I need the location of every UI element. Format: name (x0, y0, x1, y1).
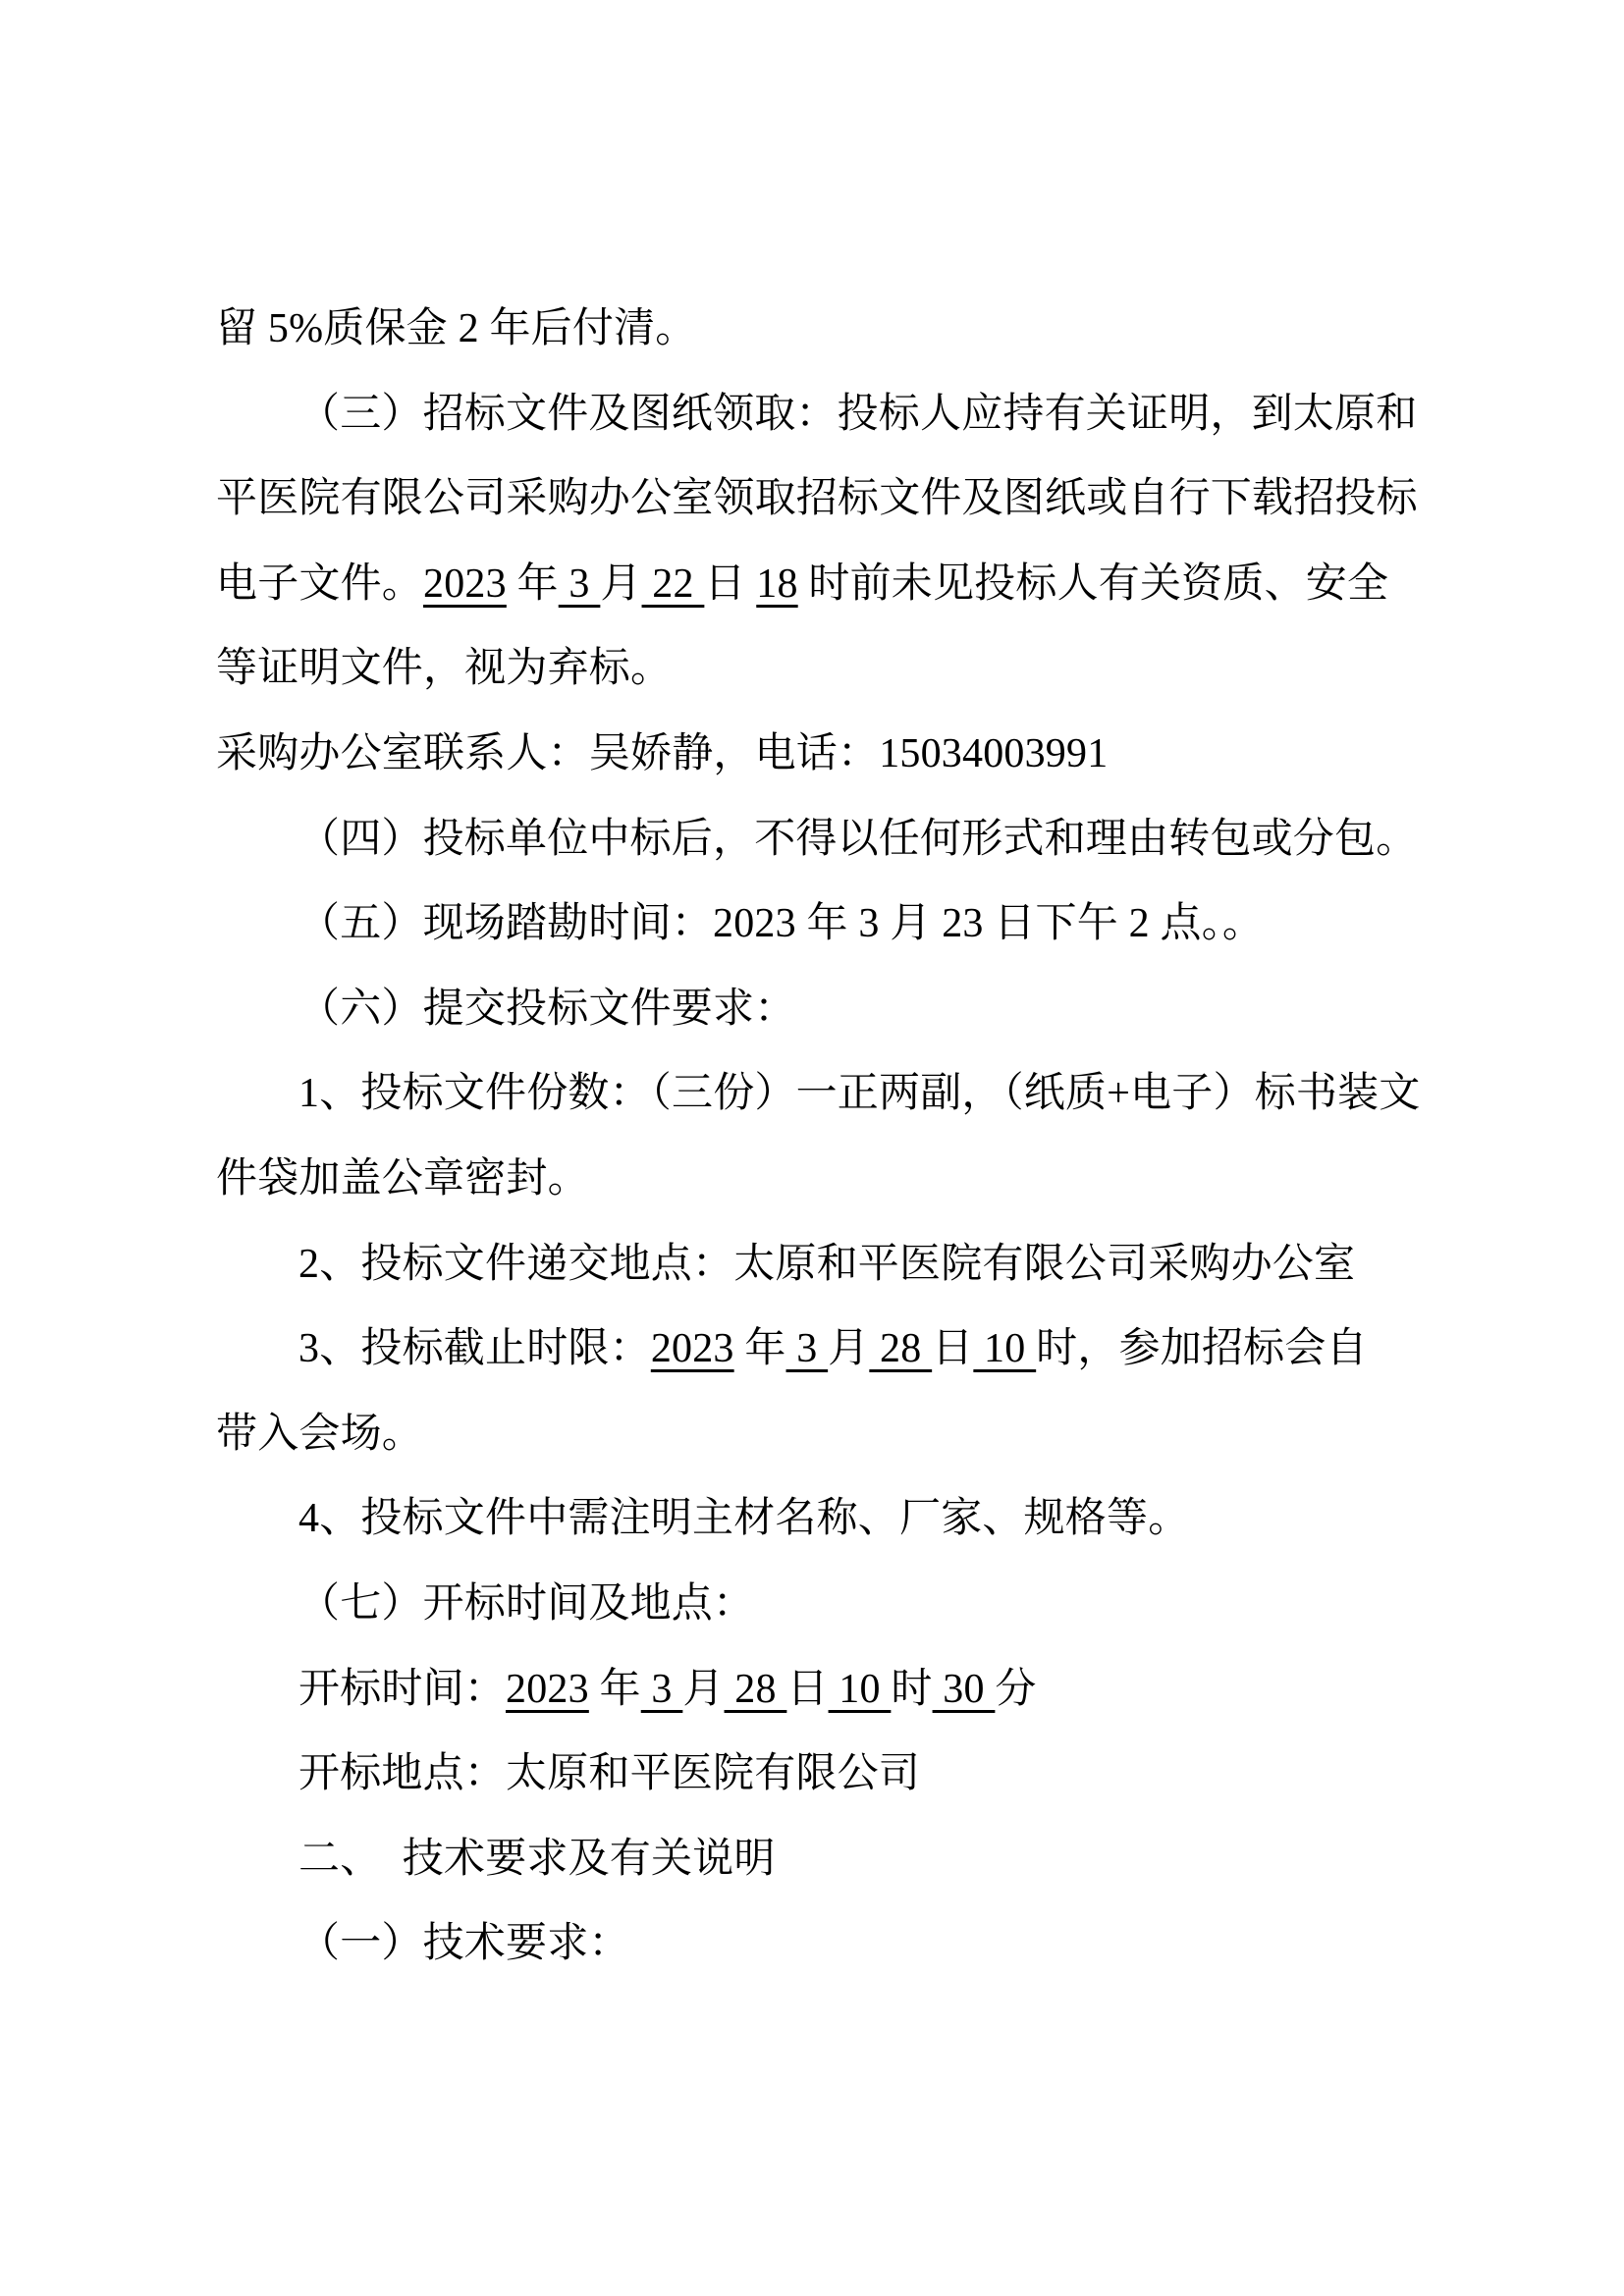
text-segment: 1、投标文件份数：（三份）一正两副，（纸质+电子）标书装文 (298, 1071, 1421, 1116)
text-segment: （四）投标单位中标后，不得以任何形式和理由转包或分包。 (298, 817, 1417, 862)
text-segment: 带入会场。 (216, 1412, 423, 1457)
text-line: （三）招标文件及图纸领取：投标人应持有关证明，到太原和 (298, 394, 1417, 435)
text-line: 1、投标文件份数：（三份）一正两副，（纸质+电子）标书装文 (298, 1073, 1421, 1114)
document-body: 留 5%质保金 2 年后付清。（三）招标文件及图纸领取：投标人应持有关证明，到太… (0, 0, 1624, 2296)
text-segment: （七）开标时间及地点： (298, 1581, 754, 1627)
underlined-text-segment: 30 (933, 1667, 996, 1712)
underlined-text-segment: 10 (829, 1667, 892, 1712)
text-segment: 开标地点：太原和平医院有限公司 (298, 1751, 920, 1796)
text-segment: 电子文件。 (216, 561, 423, 607)
text-line: 电子文件。2023 年 3 月 22 日 18 时前未见投标人有关资质、安全 (216, 563, 1388, 605)
text-line: 留 5%质保金 2 年后付清。 (216, 308, 697, 349)
underlined-text-segment: 2023 (423, 561, 507, 607)
text-segment: 等证明文件，视为弃标。 (216, 646, 672, 691)
underlined-text-segment: 10 (973, 1326, 1036, 1371)
text-line: 带入会场。 (216, 1414, 423, 1455)
text-segment: 日 (786, 1667, 828, 1712)
text-segment: 平医院有限公司采购办公室领取招标文件及图纸或自行下载招投标 (216, 476, 1418, 521)
text-line: 2、投标文件递交地点：太原和平医院有限公司采购办公室 (298, 1244, 1355, 1285)
text-line: （四）投标单位中标后，不得以任何形式和理由转包或分包。 (298, 819, 1417, 860)
underlined-text-segment: 2023 (506, 1667, 589, 1712)
underlined-text-segment: 2023 (651, 1326, 734, 1371)
text-line: 开标时间：2023 年 3 月 28 日 10 时 30 分 (298, 1669, 1037, 1710)
text-line: 开标地点：太原和平医院有限公司 (298, 1753, 920, 1794)
text-line: （一）技术要求： (298, 1923, 630, 1964)
text-segment: 月 (828, 1326, 869, 1371)
text-segment: 4、投标文件中需注明主材名称、厂家、规格等。 (298, 1496, 1189, 1541)
document-page: 留 5%质保金 2 年后付清。（三）招标文件及图纸领取：投标人应持有关证明，到太… (0, 0, 1624, 2296)
underlined-text-segment: 18 (756, 561, 797, 607)
underlined-text-segment: 3 (786, 1326, 829, 1371)
text-line: （五）现场踏勘时间：2023 年 3 月 23 日下午 2 点。。 (298, 903, 1264, 944)
text-segment: 年 (589, 1667, 641, 1712)
text-segment: （三）招标文件及图纸领取：投标人应持有关证明，到太原和 (298, 392, 1417, 437)
text-segment: 开标时间： (298, 1667, 506, 1712)
text-segment: 年 (734, 1326, 786, 1371)
text-segment: 年 (507, 561, 559, 607)
text-line: 采购办公室联系人：吴娇静，电话：15034003991 (216, 733, 1108, 774)
text-line: 4、投标文件中需注明主材名称、厂家、规格等。 (298, 1498, 1189, 1539)
text-segment: 二、 技术要求及有关说明 (298, 1837, 776, 1882)
text-segment: 件袋加盖公章密封。 (216, 1156, 589, 1201)
underlined-text-segment: 22 (642, 561, 705, 607)
text-line: 件袋加盖公章密封。 (216, 1158, 589, 1200)
underlined-text-segment: 3 (559, 561, 601, 607)
underlined-text-segment: 28 (725, 1667, 787, 1712)
text-line: 平医院有限公司采购办公室领取招标文件及图纸或自行下载招投标 (216, 478, 1418, 519)
text-segment: 采购办公室联系人：吴娇静，电话：15034003991 (216, 731, 1108, 776)
text-segment: 月 (600, 561, 641, 607)
text-line: 二、 技术要求及有关说明 (298, 1839, 776, 1880)
text-segment: （一）技术要求： (298, 1921, 630, 1966)
text-segment: （五）现场踏勘时间：2023 年 3 月 23 日下午 2 点。。 (298, 901, 1264, 946)
text-segment: 日 (932, 1326, 973, 1371)
text-line: （七）开标时间及地点： (298, 1583, 754, 1625)
text-line: 3、投标截止时限：2023 年 3 月 28 日 10 时，参加招标会自 (298, 1328, 1368, 1369)
text-segment: 2、投标文件递交地点：太原和平医院有限公司采购办公室 (298, 1242, 1355, 1287)
underlined-text-segment: 3 (641, 1667, 683, 1712)
underlined-text-segment: 28 (869, 1326, 932, 1371)
text-segment: 时前未见投标人有关资质、安全 (798, 561, 1389, 607)
text-segment: 日 (704, 561, 756, 607)
text-segment: 留 5%质保金 2 年后付清。 (216, 306, 697, 351)
text-segment: 时，参加招标会自 (1036, 1326, 1368, 1371)
text-segment: 分 (995, 1667, 1036, 1712)
text-segment: 3、投标截止时限： (298, 1326, 651, 1371)
text-segment: 月 (682, 1667, 724, 1712)
text-line: （六）提交投标文件要求： (298, 988, 795, 1030)
text-line: 等证明文件，视为弃标。 (216, 648, 672, 689)
text-segment: 时 (891, 1667, 932, 1712)
text-segment: （六）提交投标文件要求： (298, 987, 795, 1032)
